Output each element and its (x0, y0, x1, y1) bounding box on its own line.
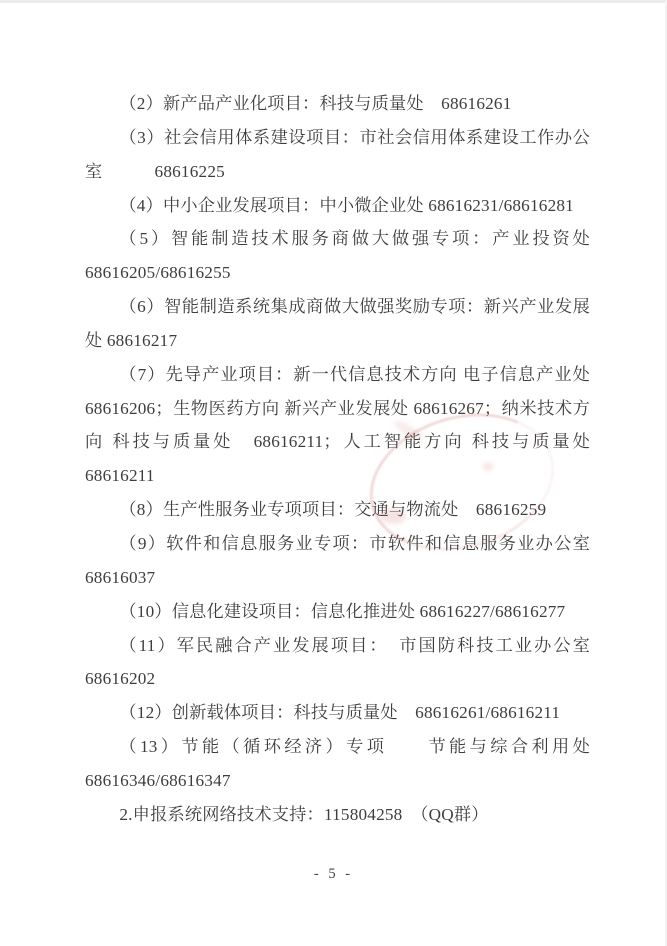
document-page: （2）新产品产业化项目：科技与质量处 68616261 （3）社会信用体系建设项… (0, 0, 667, 946)
paragraph: （2）新产品产业化项目：科技与质量处 68616261 (85, 87, 590, 121)
paragraph: （6）智能制造系统集成商做大做强奖励专项：新兴产业发展处 68616217 (85, 290, 590, 358)
paragraph: （10）信息化建设项目：信息化推进处 68616227/68616277 (85, 595, 590, 629)
paragraph: （7）先导产业项目：新一代信息技术方向 电子信息产业处 68616206；生物医… (85, 358, 590, 493)
paragraph: （13）节能（循环经济）专项 节能与综合利用处 68616346/6861634… (85, 730, 590, 798)
paragraph: 2.申报系统网络技术支持：115804258 （QQ群） (85, 798, 590, 832)
paragraph: （9）软件和信息服务业专项：市软件和信息服务业办公室 68616037 (85, 527, 590, 595)
document-body: （2）新产品产业化项目：科技与质量处 68616261 （3）社会信用体系建设项… (85, 87, 590, 832)
paragraph: （5）智能制造技术服务商做大做强专项：产业投资处 68616205/686162… (85, 222, 590, 290)
paragraph: （8）生产性服务业专项项目：交通与物流处 68616259 (85, 493, 590, 527)
paragraph: （3）社会信用体系建设项目：市社会信用体系建设工作办公室 68616225 (85, 121, 590, 189)
paragraph: （12）创新载体项目：科技与质量处 68616261/68616211 (85, 696, 590, 730)
paragraph: （11）军民融合产业发展项目： 市国防科技工业办公室 68616202 (85, 629, 590, 697)
page-number: - 5 - (0, 866, 667, 883)
scan-edge-top (0, 0, 667, 3)
paragraph: （4）中小企业发展项目：中小微企业处 68616231/68616281 (85, 189, 590, 223)
